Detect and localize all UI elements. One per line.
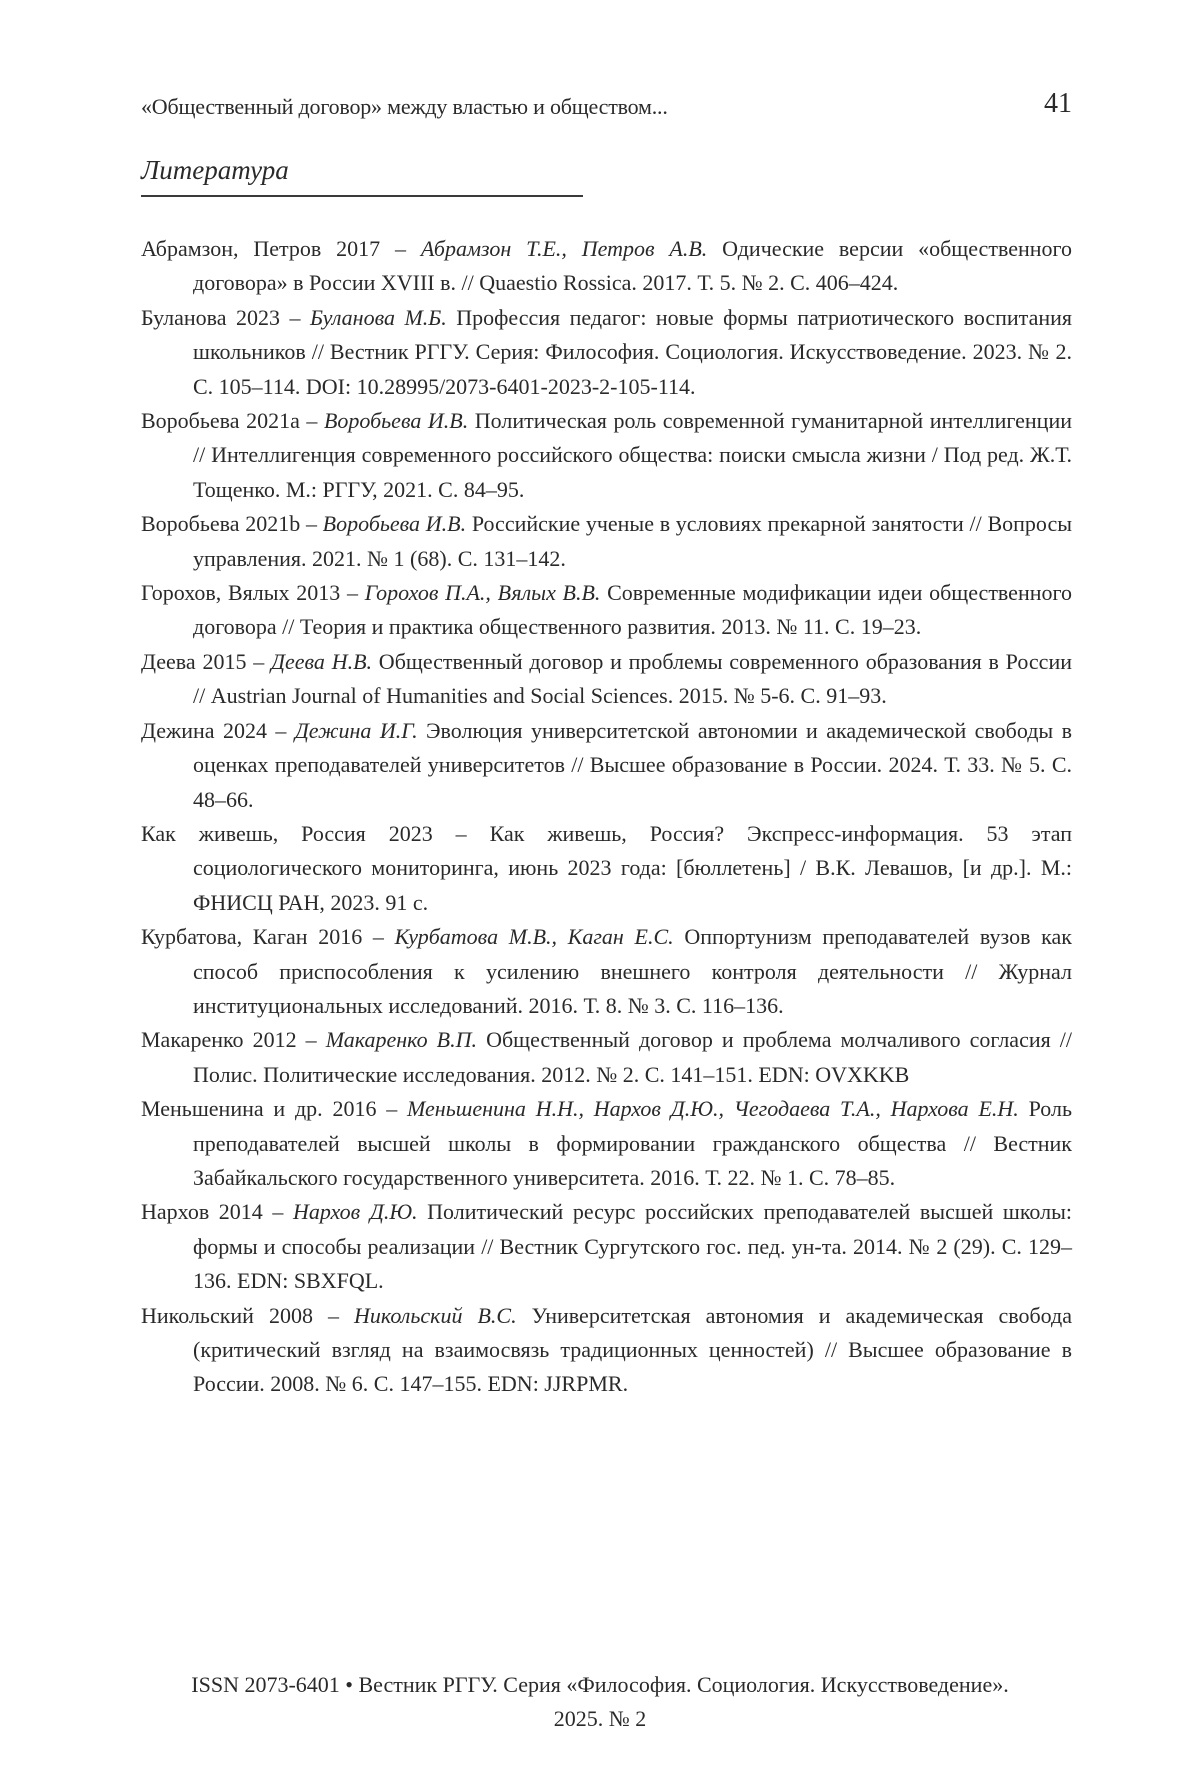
reference-key: Меньшенина и др. 2016 – <box>141 1096 407 1121</box>
reference-key: Деева 2015 – <box>141 649 271 674</box>
reference-authors: Буланова М.Б. <box>310 305 447 330</box>
reference-authors: Макаренко В.П. <box>326 1027 477 1052</box>
page-number: 41 <box>1044 87 1072 121</box>
reference-key: Как живешь, Россия 2023 – <box>141 821 490 846</box>
reference-key: Нархов 2014 – <box>141 1199 293 1224</box>
reference-item: Горохов, Вялых 2013 – Горохов П.А., Вялы… <box>141 576 1072 645</box>
reference-item: Воробьева 2021b – Воробьева И.В. Российс… <box>141 507 1072 576</box>
page-footer: ISSN 2073-6401 • Вестник РГГУ. Серия «Фи… <box>0 1668 1200 1736</box>
reference-item: Меньшенина и др. 2016 – Меньшенина Н.Н.,… <box>141 1092 1072 1195</box>
reference-key: Никольский 2008 – <box>141 1303 354 1328</box>
reference-authors: Никольский В.С. <box>354 1303 517 1328</box>
reference-item: Никольский 2008 – Никольский В.С. Универ… <box>141 1299 1072 1402</box>
reference-authors: Дежина И.Г. <box>295 718 418 743</box>
reference-item: Деева 2015 – Деева Н.В. Общественный дог… <box>141 645 1072 714</box>
reference-authors: Меньшенина Н.Н., Нархов Д.Ю., Чегодаева … <box>407 1096 1019 1121</box>
reference-item: Курбатова, Каган 2016 – Курбатова М.В., … <box>141 920 1072 1023</box>
running-head: «Общественный договор» между властью и о… <box>141 90 1072 124</box>
reference-item: Воробьева 2021a – Воробьева И.В. Политич… <box>141 404 1072 507</box>
reference-authors: Курбатова М.В., Каган Е.С. <box>395 924 674 949</box>
reference-item: Как живешь, Россия 2023 – Как живешь, Ро… <box>141 817 1072 920</box>
reference-authors: Воробьева И.В. <box>323 511 466 536</box>
reference-key: Макаренко 2012 – <box>141 1027 326 1052</box>
reference-authors: Нархов Д.Ю. <box>293 1199 418 1224</box>
reference-authors: Воробьева И.В. <box>324 408 468 433</box>
reference-key: Горохов, Вялых 2013 – <box>141 580 365 605</box>
reference-item: Дежина 2024 – Дежина И.Г. Эволюция униве… <box>141 714 1072 817</box>
reference-authors: Абрамзон Т.Е., Петров А.В. <box>421 236 707 261</box>
reference-list: Абрамзон, Петров 2017 – Абрамзон Т.Е., П… <box>141 232 1072 1402</box>
reference-item: Макаренко 2012 – Макаренко В.П. Обществе… <box>141 1023 1072 1092</box>
reference-key: Воробьева 2021b – <box>141 511 323 536</box>
reference-item: Абрамзон, Петров 2017 – Абрамзон Т.Е., П… <box>141 232 1072 301</box>
footer-issue-line: 2025. № 2 <box>0 1702 1200 1736</box>
running-title: «Общественный договор» между властью и о… <box>141 90 668 124</box>
reference-key: Буланова 2023 – <box>141 305 310 330</box>
reference-key: Курбатова, Каган 2016 – <box>141 924 395 949</box>
footer-journal-line: ISSN 2073-6401 • Вестник РГГУ. Серия «Фи… <box>0 1668 1200 1702</box>
reference-key: Дежина 2024 – <box>141 718 295 743</box>
reference-key: Абрамзон, Петров 2017 – <box>141 236 421 261</box>
reference-authors: Горохов П.А., Вялых В.В. <box>365 580 601 605</box>
reference-item: Буланова 2023 – Буланова М.Б. Профессия … <box>141 301 1072 404</box>
reference-item: Нархов 2014 – Нархов Д.Ю. Политический р… <box>141 1195 1072 1298</box>
section-heading: Литература <box>141 152 289 188</box>
heading-rule <box>141 195 583 197</box>
reference-authors: Деева Н.В. <box>271 649 372 674</box>
reference-key: Воробьева 2021a – <box>141 408 324 433</box>
